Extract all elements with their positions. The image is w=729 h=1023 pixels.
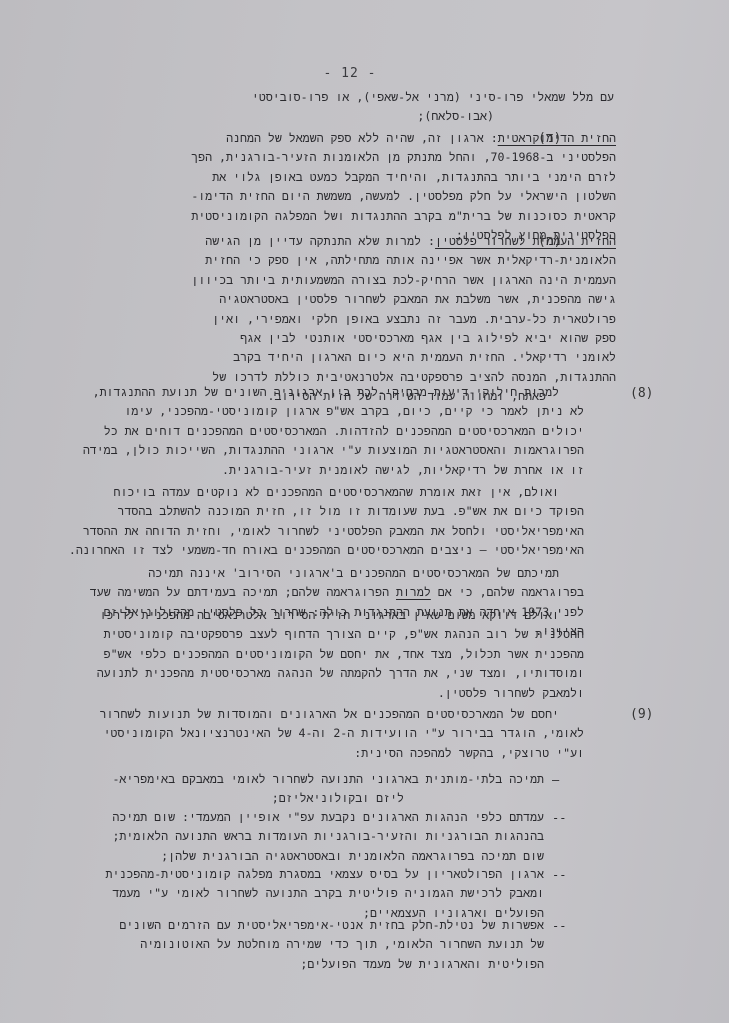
section-8-para-1: למרות חילוקי-דיעות מרחיקי-לכת בין ארגוני… [0, 383, 584, 480]
section-d-first-line: החזית הדימוקראטית: ארגון זה, שהיה ללא ספ… [16, 129, 616, 148]
bullet-dash: -- [552, 811, 566, 825]
section-8-para-4: ואולם דווקא משום שאין בארגוני חזית הסירו… [0, 606, 584, 703]
text-line: ספק שהוא יביא לפילוג בין אגף מארכסיסטי א… [16, 329, 616, 348]
text-line: הפרוגראמות והאסטראטגיות המוצעות ע"י ארגו… [0, 441, 584, 460]
section-9-bullet-3: ארגון הפרולטאריון על בסיס עצמאי במסגרת מ… [0, 865, 544, 923]
text-line: יכולים המארכסיסטים המהפכנים להזדהות. המא… [0, 422, 584, 441]
text-line: ולמאבק לשחרור פלסטין. [0, 684, 584, 703]
section-label-9: (9) [630, 707, 653, 722]
text-line: לזרם הימני ביותר בהתנגדות, והיחיד המקבל … [16, 168, 616, 187]
text-line: מהפכנית אשר תכלול, מצד אחד, את יחסם של ה… [0, 645, 584, 664]
section-8-para-2: ואולם, אין זאת אומרת שהמארכסיסטים המהפכנ… [0, 483, 584, 561]
text-line: הלאומנית-רדיקאלית אשר אפיינה אותה מתחילת… [16, 251, 616, 270]
text-line: ליזם ובקולוניאליזם; [0, 789, 544, 808]
text-line: זו או אחרת של רדיקאליות, לגישה לאומנית ז… [0, 461, 584, 480]
text-line: של תנועת השחרור הלאומי, תוך כדי שמירה מו… [0, 935, 544, 954]
section-d: החזית הדימוקראטית: ארגון זה, שהיה ללא ספ… [16, 129, 616, 245]
text-line: לאומי, הוגדר בבירור ע"י הוועידות ה-2 וה-… [0, 724, 584, 743]
bullet-dash: -- [552, 919, 566, 933]
text-line: ואולם דווקא משום שאין בארגוני חזית הסירו… [0, 606, 584, 625]
bullet-dash: — [552, 773, 559, 787]
text-line: החסלנית של רוב הנהגת אש"פ, קיים הצורך הד… [0, 625, 584, 644]
section-h: החזית העממית לשחרור פלסטין: למרות שלא הת… [16, 232, 616, 407]
text-line: תמיכה בלתי-מותנית בארגוני התנועה לשחרור … [0, 770, 544, 789]
section-9-bullet-1: תמיכה בלתי-מותנית בארגוני התנועה לשחרור … [0, 770, 544, 809]
section-h-first-line: החזית העממית לשחרור פלסטין: למרות שלא הת… [16, 232, 616, 251]
section-d-heading: החזית הדימוקראטית [498, 131, 616, 145]
text-line: עם מלל שמאלי פרו-סיני (מרני אל-שאפי), או… [94, 88, 614, 107]
text-line: השלטון הישראלי על חלק מפלסטין. למעשה, מש… [16, 187, 616, 206]
text-line: ומאבק לרכישת הגמוניה פוליטית בקרב התנועה… [0, 884, 544, 903]
page-number: - 12 - [290, 66, 410, 81]
text-line: האימפריאליסטי – ניצבים המארכסיסטים המהפכ… [0, 541, 584, 560]
bullet-dash: -- [552, 868, 566, 882]
scanned-document-page: - 12 - עם מלל שמאלי פרו-סיני (מרני אל-שא… [0, 0, 729, 1023]
text-line: בהנהגות הבורגניות והזעיר-בורגניות העומדו… [0, 827, 544, 846]
text-line: האימפריאליסטי ולחסל את המאבק הפלסטיני לש… [0, 522, 584, 541]
section-9-bullet-4: אפשרות של נטילת-חלק בחזית אנטי-אימפריאלי… [0, 916, 544, 974]
text-line: ואולם, אין זאת אומרת שהמארכסיסטים המהפכנ… [0, 483, 584, 502]
text-line: למרות חילוקי-דיעות מרחיקי-לכת בין ארגוני… [0, 383, 584, 402]
text-line: הפוקד כיום את אש"פ. בעת שעומדות זו מול ז… [0, 502, 584, 521]
text-line: קראטית כסוכנות של ברית"מ בקרב ההתנגדות ו… [16, 207, 616, 226]
text-line: לאומני רדיקאלי. החזית העממית היא כיום הא… [16, 348, 616, 367]
text-line: הפוליטית והארגונית של מעמד הפועלים; [0, 955, 544, 974]
text-line: בפרוגראמה שלהם, כי אם למרות הפרוגראמה של… [0, 583, 584, 602]
intro-continuation: עם מלל שמאלי פרו-סיני (מרני אל-שאפי), או… [94, 88, 614, 127]
text-line: הפלסטיני ב-70-1968, והחל מתנתק מן הלאומנ… [16, 148, 616, 167]
underlined-phrase: למרות [396, 585, 431, 599]
text-line: וע"י טרוצקי, בהקשר למהפכה הסינית: [0, 744, 584, 763]
section-9-bullet-2: עמדתם כלפי הנהגות הארגונים נקבעת עפ"י או… [0, 808, 544, 866]
text-line: העממית הינה הארגון אשר הרחיק-לכת בצורה ה… [16, 271, 616, 290]
text-line: עמדתם כלפי הנהגות הארגונים נקבעת עפ"י או… [0, 808, 544, 827]
text-line: ומוסדותיו, ומצד שני, את הדרך להקמתה של ה… [0, 664, 584, 683]
text-line: (אבו-סלאח); [94, 107, 614, 126]
text-line: לא ניתן לאמר כי קיים, כיום, בקרב אש"פ אר… [0, 402, 584, 421]
text-line: ארגון הפרולטאריון על בסיס עצמאי במסגרת מ… [0, 865, 544, 884]
text-line: יחסם של המארכסיסטים המהפכנים אל הארגונים… [0, 705, 584, 724]
text-line: שום תמיכה בפרוגראמה הלאומנית ובאסטראטגיה… [0, 847, 544, 866]
text-line: גישה מהפכנית, אשר משלבת את המאבק לשחרור … [16, 290, 616, 309]
text-line: פרולטארית כל-ערבית. מעבר זה נתבצע באופן … [16, 310, 616, 329]
section-9-intro: יחסם של המארכסיסטים המהפכנים אל הארגונים… [0, 705, 584, 763]
text-line: תמיכתם של המארכסיסטים המהפכנים ב'ארגוני … [0, 564, 584, 583]
text-line: אפשרות של נטילת-חלק בחזית אנטי-אימפריאלי… [0, 916, 544, 935]
section-label-8: (8) [630, 386, 653, 401]
section-h-heading: החזית העממית לשחרור פלסטין [435, 234, 616, 248]
